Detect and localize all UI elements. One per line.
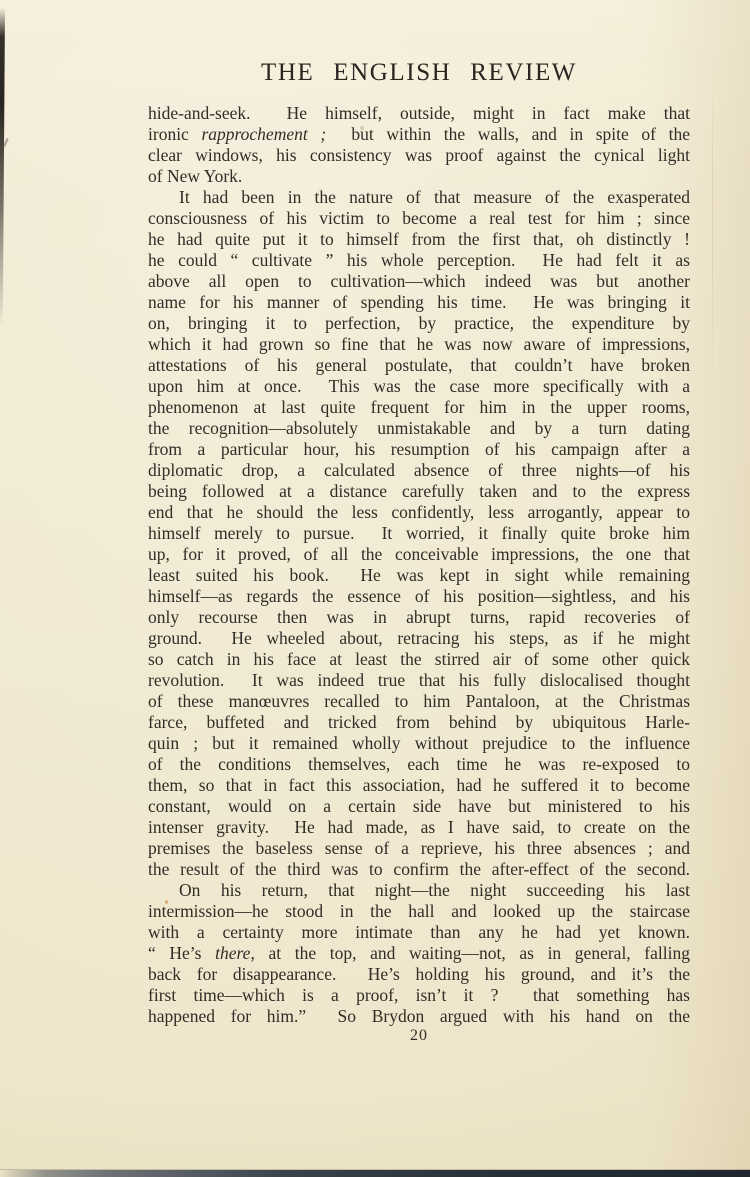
text-line: only recourse then was in abrupt turns, …: [148, 607, 690, 628]
text-line: so catch in his face at least the stirre…: [148, 649, 690, 670]
text-line: clear windows, his consistency was proof…: [148, 145, 690, 166]
scan-edge-artifact-bottom: [0, 1170, 750, 1177]
text-line: name for his manner of spending his time…: [148, 292, 690, 313]
text-line: the recognition—absolutely unmistakable …: [148, 418, 690, 439]
text-line: he could “ cultivate ” his whole percept…: [148, 250, 690, 271]
text-line: upon him at once. This was the case more…: [148, 376, 690, 397]
page-body: hide-and-seek. He himself, outside, migh…: [148, 103, 690, 1027]
text-line: revolution. It was indeed true that his …: [148, 670, 690, 691]
text-line: constant, would on a certain side have b…: [148, 796, 690, 817]
page-number: 20: [148, 1027, 690, 1045]
text-line: with a certainty more intimate than any …: [148, 922, 690, 943]
text-line: phenomenon at last quite frequent for hi…: [148, 397, 690, 418]
running-head-title: THE ENGLISH REVIEW: [148, 59, 690, 87]
text-line: premises the baseless sense of a repriev…: [148, 838, 690, 859]
paper-crease: [712, 70, 713, 400]
text-line: on, bringing it to perfection, by practi…: [148, 313, 690, 334]
text-line: of the conditions themselves, each time …: [148, 754, 690, 775]
text-line: he had quite put it to himself from the …: [148, 229, 690, 250]
scanned-book-page: THE ENGLISH REVIEW hide-and-seek. He him…: [0, 0, 750, 1177]
text-line: On his return, that night—the night succ…: [148, 880, 690, 901]
text-line: being followed at a distance carefully t…: [148, 481, 690, 502]
text-line: happened for him.” So Brydon argued with…: [148, 1006, 690, 1027]
text-line: intermission—he stood in the hall and lo…: [148, 901, 690, 922]
text-line: himself merely to pursue. It worried, it…: [148, 523, 690, 544]
text-line: least suited his book. He was kept in si…: [148, 565, 690, 586]
text-line: “ He’s there, at the top, and waiting—no…: [148, 943, 690, 964]
text-line: intenser gravity. He had made, as I have…: [148, 817, 690, 838]
text-line: consciousness of his victim to become a …: [148, 208, 690, 229]
text-line: It had been in the nature of that measur…: [148, 187, 690, 208]
text-line: the result of the third was to confirm t…: [148, 859, 690, 880]
text-line: himself—as regards the essence of his po…: [148, 586, 690, 607]
text-line: hide-and-seek. He himself, outside, migh…: [148, 103, 690, 124]
text-line: which it had grown so fine that he was n…: [148, 334, 690, 355]
text-line: attestations of his general postulate, t…: [148, 355, 690, 376]
text-line: of New York.: [148, 166, 690, 187]
text-line: ironic rapprochement ; but within the wa…: [148, 124, 690, 145]
text-line: diplomatic drop, a calculated absence of…: [148, 460, 690, 481]
text-line: up, for it proved, of all the conceivabl…: [148, 544, 690, 565]
scan-edge-artifact-left: [0, 8, 5, 328]
text-line: first time—which is a proof, isn’t it ? …: [148, 985, 690, 1006]
text-line: farce, buffeted and tricked from behind …: [148, 712, 690, 733]
text-line: above all open to cultivation—which inde…: [148, 271, 690, 292]
text-line: back for disappearance. He’s holding his…: [148, 964, 690, 985]
text-line: of these manœuvres recalled to him Panta…: [148, 691, 690, 712]
text-line: quin ; but it remained wholly without pr…: [148, 733, 690, 754]
text-line: end that he should the less confidently,…: [148, 502, 690, 523]
text-line: from a particular hour, his resumption o…: [148, 439, 690, 460]
text-line: them, so that in fact this association, …: [148, 775, 690, 796]
text-line: ground. He wheeled about, retracing his …: [148, 628, 690, 649]
